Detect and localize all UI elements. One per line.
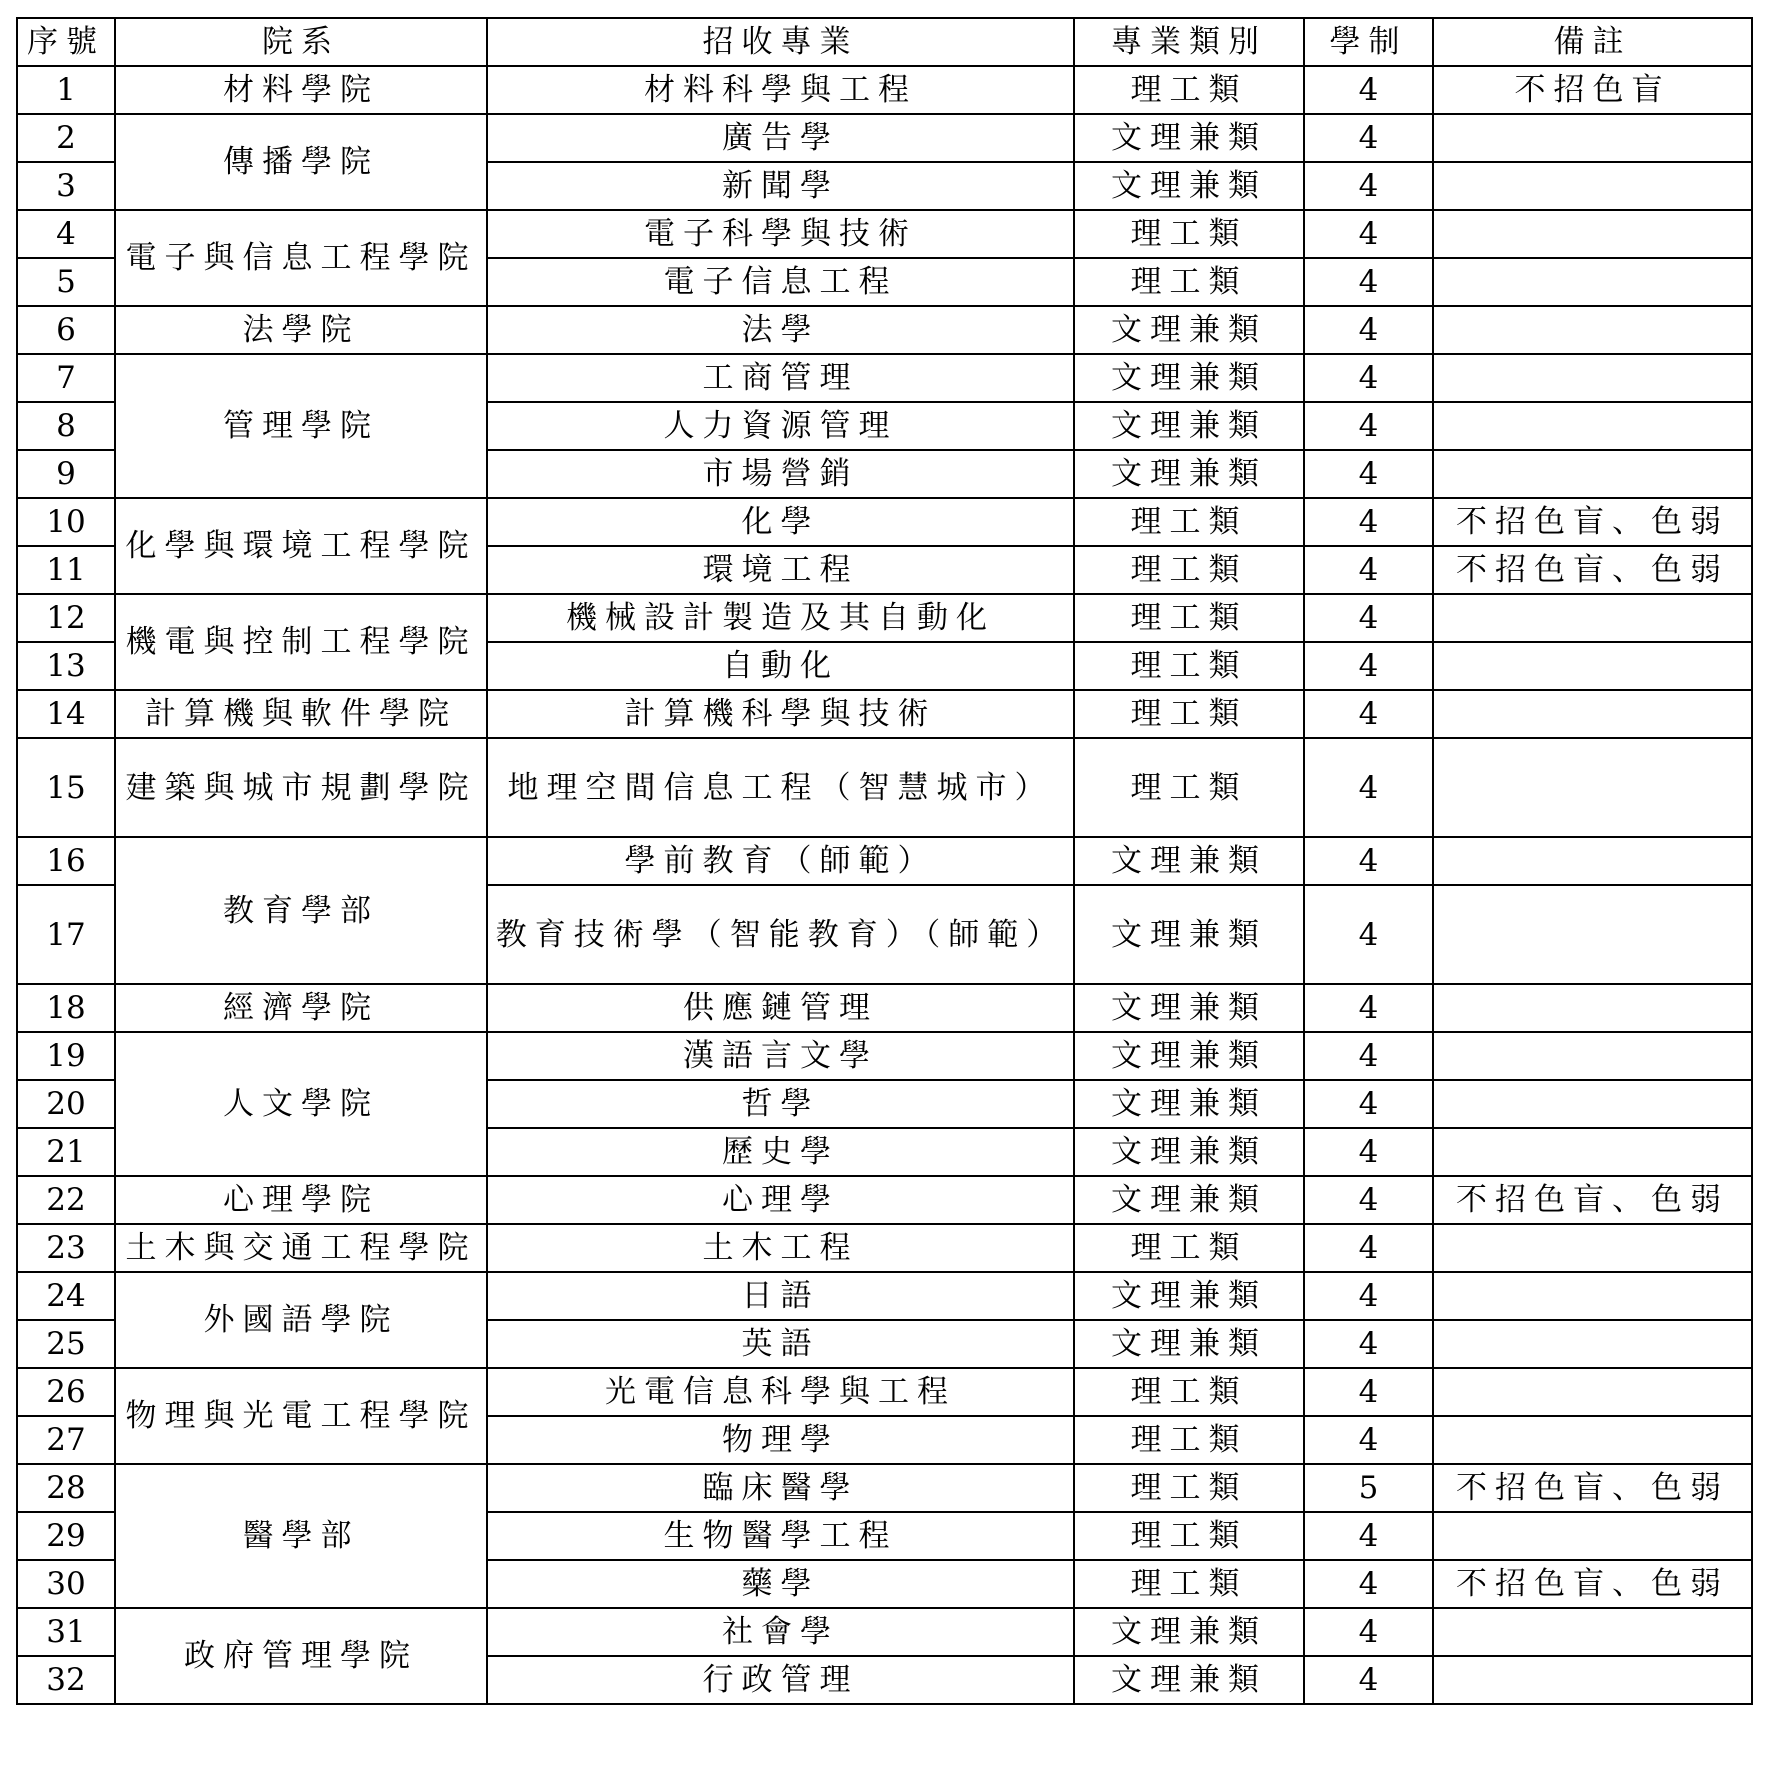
cell-no: 18 (17, 984, 115, 1032)
cell-dept: 土木與交通工程學院 (115, 1224, 487, 1272)
cell-major: 歷史學 (487, 1128, 1074, 1176)
cell-category: 理工類 (1074, 66, 1304, 114)
cell-no: 10 (17, 498, 115, 546)
cell-major: 地理空間信息工程（智慧城市） (487, 738, 1074, 837)
cell-category: 理工類 (1074, 1464, 1304, 1512)
cell-category: 文理兼類 (1074, 1656, 1304, 1704)
cell-no: 28 (17, 1464, 115, 1512)
cell-note (1433, 210, 1752, 258)
table-row: 4電子與信息工程學院電子科學與技術理工類4 (17, 210, 1752, 258)
cell-years: 4 (1304, 837, 1433, 885)
table-row: 19人文學院漢語言文學文理兼類4 (17, 1032, 1752, 1080)
table-body: 1材料學院材料科學與工程理工類4不招色盲2傳播學院廣告學文理兼類43新聞學文理兼… (17, 66, 1752, 1704)
cell-note (1433, 1272, 1752, 1320)
cell-years: 4 (1304, 1128, 1433, 1176)
cell-category: 理工類 (1074, 642, 1304, 690)
cell-note (1433, 594, 1752, 642)
cell-years: 4 (1304, 1608, 1433, 1656)
table-row: 26物理與光電工程學院光電信息科學與工程理工類4 (17, 1368, 1752, 1416)
cell-category: 文理兼類 (1074, 402, 1304, 450)
table-row: 24外國語學院日語文理兼類4 (17, 1272, 1752, 1320)
cell-dept: 外國語學院 (115, 1272, 487, 1368)
cell-category: 理工類 (1074, 1224, 1304, 1272)
cell-note (1433, 306, 1752, 354)
cell-years: 4 (1304, 885, 1433, 984)
cell-no: 26 (17, 1368, 115, 1416)
cell-years: 4 (1304, 1224, 1433, 1272)
table-row: 22心理學院心理學文理兼類4不招色盲、色弱 (17, 1176, 1752, 1224)
cell-category: 文理兼類 (1074, 1032, 1304, 1080)
cell-no: 20 (17, 1080, 115, 1128)
cell-note (1433, 114, 1752, 162)
cell-major: 臨床醫學 (487, 1464, 1074, 1512)
cell-category: 文理兼類 (1074, 1080, 1304, 1128)
cell-note: 不招色盲、色弱 (1433, 1176, 1752, 1224)
cell-dept: 法學院 (115, 306, 487, 354)
cell-category: 理工類 (1074, 498, 1304, 546)
cell-dept: 教育學部 (115, 837, 487, 984)
cell-category: 理工類 (1074, 690, 1304, 738)
cell-dept: 物理與光電工程學院 (115, 1368, 487, 1464)
cell-years: 4 (1304, 402, 1433, 450)
cell-major: 電子科學與技術 (487, 210, 1074, 258)
table-row: 16教育學部學前教育（師範）文理兼類4 (17, 837, 1752, 885)
cell-years: 4 (1304, 1320, 1433, 1368)
cell-major: 光電信息科學與工程 (487, 1368, 1074, 1416)
cell-note (1433, 1224, 1752, 1272)
cell-dept: 心理學院 (115, 1176, 487, 1224)
cell-years: 4 (1304, 1512, 1433, 1560)
cell-years: 4 (1304, 1272, 1433, 1320)
cell-category: 理工類 (1074, 1416, 1304, 1464)
cell-dept: 醫學部 (115, 1464, 487, 1608)
cell-category: 文理兼類 (1074, 1128, 1304, 1176)
cell-years: 4 (1304, 984, 1433, 1032)
cell-dept: 傳播學院 (115, 114, 487, 210)
cell-no: 9 (17, 450, 115, 498)
cell-category: 文理兼類 (1074, 306, 1304, 354)
cell-no: 30 (17, 1560, 115, 1608)
table-row: 31政府管理學院社會學文理兼類4 (17, 1608, 1752, 1656)
cell-no: 19 (17, 1032, 115, 1080)
cell-no: 29 (17, 1512, 115, 1560)
cell-note (1433, 885, 1752, 984)
cell-no: 25 (17, 1320, 115, 1368)
cell-category: 文理兼類 (1074, 114, 1304, 162)
cell-major: 土木工程 (487, 1224, 1074, 1272)
cell-major: 計算機科學與技術 (487, 690, 1074, 738)
cell-note: 不招色盲、色弱 (1433, 498, 1752, 546)
cell-note: 不招色盲 (1433, 66, 1752, 114)
cell-note (1433, 450, 1752, 498)
cell-dept: 計算機與軟件學院 (115, 690, 487, 738)
cell-note (1433, 1512, 1752, 1560)
cell-category: 文理兼類 (1074, 1272, 1304, 1320)
cell-note (1433, 354, 1752, 402)
cell-no: 8 (17, 402, 115, 450)
table-row: 23土木與交通工程學院土木工程理工類4 (17, 1224, 1752, 1272)
header-category: 專業類別 (1074, 18, 1304, 66)
cell-dept: 建築與城市規劃學院 (115, 738, 487, 837)
cell-no: 5 (17, 258, 115, 306)
cell-note (1433, 258, 1752, 306)
cell-note (1433, 642, 1752, 690)
cell-major: 市場營銷 (487, 450, 1074, 498)
cell-years: 4 (1304, 162, 1433, 210)
cell-years: 4 (1304, 114, 1433, 162)
cell-no: 14 (17, 690, 115, 738)
cell-major: 工商管理 (487, 354, 1074, 402)
cell-note (1433, 1608, 1752, 1656)
table-row: 18經濟學院供應鏈管理文理兼類4 (17, 984, 1752, 1032)
cell-years: 4 (1304, 1032, 1433, 1080)
table-row: 14計算機與軟件學院計算機科學與技術理工類4 (17, 690, 1752, 738)
table-row: 1材料學院材料科學與工程理工類4不招色盲 (17, 66, 1752, 114)
cell-years: 4 (1304, 738, 1433, 837)
cell-major: 人力資源管理 (487, 402, 1074, 450)
cell-major: 心理學 (487, 1176, 1074, 1224)
cell-category: 文理兼類 (1074, 1176, 1304, 1224)
cell-major: 自動化 (487, 642, 1074, 690)
cell-major: 物理學 (487, 1416, 1074, 1464)
cell-years: 4 (1304, 690, 1433, 738)
cell-no: 3 (17, 162, 115, 210)
cell-years: 5 (1304, 1464, 1433, 1512)
cell-note (1433, 402, 1752, 450)
header-years: 學制 (1304, 18, 1433, 66)
cell-years: 4 (1304, 1416, 1433, 1464)
cell-no: 15 (17, 738, 115, 837)
cell-years: 4 (1304, 642, 1433, 690)
cell-dept: 化學與環境工程學院 (115, 498, 487, 594)
cell-note (1433, 1656, 1752, 1704)
cell-major: 生物醫學工程 (487, 1512, 1074, 1560)
majors-table: 序號 院系 招收專業 專業類別 學制 備註 1材料學院材料科學與工程理工類4不招… (16, 17, 1753, 1705)
cell-major: 藥學 (487, 1560, 1074, 1608)
cell-note (1433, 1032, 1752, 1080)
cell-dept: 政府管理學院 (115, 1608, 487, 1704)
cell-major: 英語 (487, 1320, 1074, 1368)
cell-category: 理工類 (1074, 1512, 1304, 1560)
cell-major: 日語 (487, 1272, 1074, 1320)
cell-years: 4 (1304, 66, 1433, 114)
cell-no: 27 (17, 1416, 115, 1464)
cell-major: 法學 (487, 306, 1074, 354)
cell-category: 文理兼類 (1074, 984, 1304, 1032)
cell-dept: 機電與控制工程學院 (115, 594, 487, 690)
cell-category: 理工類 (1074, 210, 1304, 258)
cell-no: 6 (17, 306, 115, 354)
cell-years: 4 (1304, 1176, 1433, 1224)
cell-note (1433, 690, 1752, 738)
cell-note (1433, 1320, 1752, 1368)
cell-major: 供應鏈管理 (487, 984, 1074, 1032)
cell-years: 4 (1304, 1368, 1433, 1416)
cell-no: 17 (17, 885, 115, 984)
cell-years: 4 (1304, 1656, 1433, 1704)
cell-dept: 電子與信息工程學院 (115, 210, 487, 306)
cell-note (1433, 984, 1752, 1032)
cell-major: 行政管理 (487, 1656, 1074, 1704)
cell-category: 文理兼類 (1074, 450, 1304, 498)
cell-category: 文理兼類 (1074, 1608, 1304, 1656)
cell-years: 4 (1304, 546, 1433, 594)
cell-category: 文理兼類 (1074, 354, 1304, 402)
cell-no: 2 (17, 114, 115, 162)
cell-note: 不招色盲、色弱 (1433, 1464, 1752, 1512)
cell-note (1433, 1416, 1752, 1464)
cell-no: 4 (17, 210, 115, 258)
cell-no: 7 (17, 354, 115, 402)
cell-note: 不招色盲、色弱 (1433, 1560, 1752, 1608)
cell-years: 4 (1304, 210, 1433, 258)
cell-note (1433, 1368, 1752, 1416)
cell-category: 理工類 (1074, 1368, 1304, 1416)
cell-no: 13 (17, 642, 115, 690)
table-row: 28醫學部臨床醫學理工類5不招色盲、色弱 (17, 1464, 1752, 1512)
cell-no: 32 (17, 1656, 115, 1704)
cell-note (1433, 1128, 1752, 1176)
table-row: 12機電與控制工程學院機械設計製造及其自動化理工類4 (17, 594, 1752, 642)
cell-years: 4 (1304, 354, 1433, 402)
table-header-row: 序號 院系 招收專業 專業類別 學制 備註 (17, 18, 1752, 66)
table-row: 15建築與城市規劃學院地理空間信息工程（智慧城市）理工類4 (17, 738, 1752, 837)
cell-no: 1 (17, 66, 115, 114)
cell-no: 21 (17, 1128, 115, 1176)
cell-dept: 管理學院 (115, 354, 487, 498)
cell-category: 文理兼類 (1074, 162, 1304, 210)
cell-no: 23 (17, 1224, 115, 1272)
cell-major: 電子信息工程 (487, 258, 1074, 306)
cell-major: 學前教育（師範） (487, 837, 1074, 885)
cell-major: 漢語言文學 (487, 1032, 1074, 1080)
table-row: 2傳播學院廣告學文理兼類4 (17, 114, 1752, 162)
cell-category: 文理兼類 (1074, 1320, 1304, 1368)
cell-note (1433, 837, 1752, 885)
cell-no: 11 (17, 546, 115, 594)
cell-major: 化學 (487, 498, 1074, 546)
cell-category: 理工類 (1074, 594, 1304, 642)
cell-years: 4 (1304, 498, 1433, 546)
cell-note (1433, 1080, 1752, 1128)
cell-major: 新聞學 (487, 162, 1074, 210)
cell-major: 哲學 (487, 1080, 1074, 1128)
cell-category: 理工類 (1074, 258, 1304, 306)
cell-major: 環境工程 (487, 546, 1074, 594)
cell-note (1433, 738, 1752, 837)
table-row: 10化學與環境工程學院化學理工類4不招色盲、色弱 (17, 498, 1752, 546)
cell-category: 理工類 (1074, 738, 1304, 837)
header-no: 序號 (17, 18, 115, 66)
cell-years: 4 (1304, 450, 1433, 498)
cell-dept: 人文學院 (115, 1032, 487, 1176)
cell-no: 12 (17, 594, 115, 642)
cell-no: 22 (17, 1176, 115, 1224)
cell-major: 材料科學與工程 (487, 66, 1074, 114)
cell-years: 4 (1304, 1080, 1433, 1128)
cell-major: 社會學 (487, 1608, 1074, 1656)
cell-note: 不招色盲、色弱 (1433, 546, 1752, 594)
cell-category: 文理兼類 (1074, 837, 1304, 885)
cell-no: 16 (17, 837, 115, 885)
cell-note (1433, 162, 1752, 210)
cell-no: 24 (17, 1272, 115, 1320)
cell-major: 機械設計製造及其自動化 (487, 594, 1074, 642)
cell-years: 4 (1304, 258, 1433, 306)
cell-years: 4 (1304, 594, 1433, 642)
cell-category: 理工類 (1074, 1560, 1304, 1608)
header-major: 招收專業 (487, 18, 1074, 66)
header-dept: 院系 (115, 18, 487, 66)
cell-category: 文理兼類 (1074, 885, 1304, 984)
cell-dept: 材料學院 (115, 66, 487, 114)
cell-years: 4 (1304, 306, 1433, 354)
cell-years: 4 (1304, 1560, 1433, 1608)
cell-no: 31 (17, 1608, 115, 1656)
cell-category: 理工類 (1074, 546, 1304, 594)
cell-dept: 經濟學院 (115, 984, 487, 1032)
table-row: 7管理學院工商管理文理兼類4 (17, 354, 1752, 402)
cell-major: 教育技術學（智能教育）（師範） (487, 885, 1074, 984)
cell-major: 廣告學 (487, 114, 1074, 162)
header-note: 備註 (1433, 18, 1752, 66)
table-row: 6法學院法學文理兼類4 (17, 306, 1752, 354)
